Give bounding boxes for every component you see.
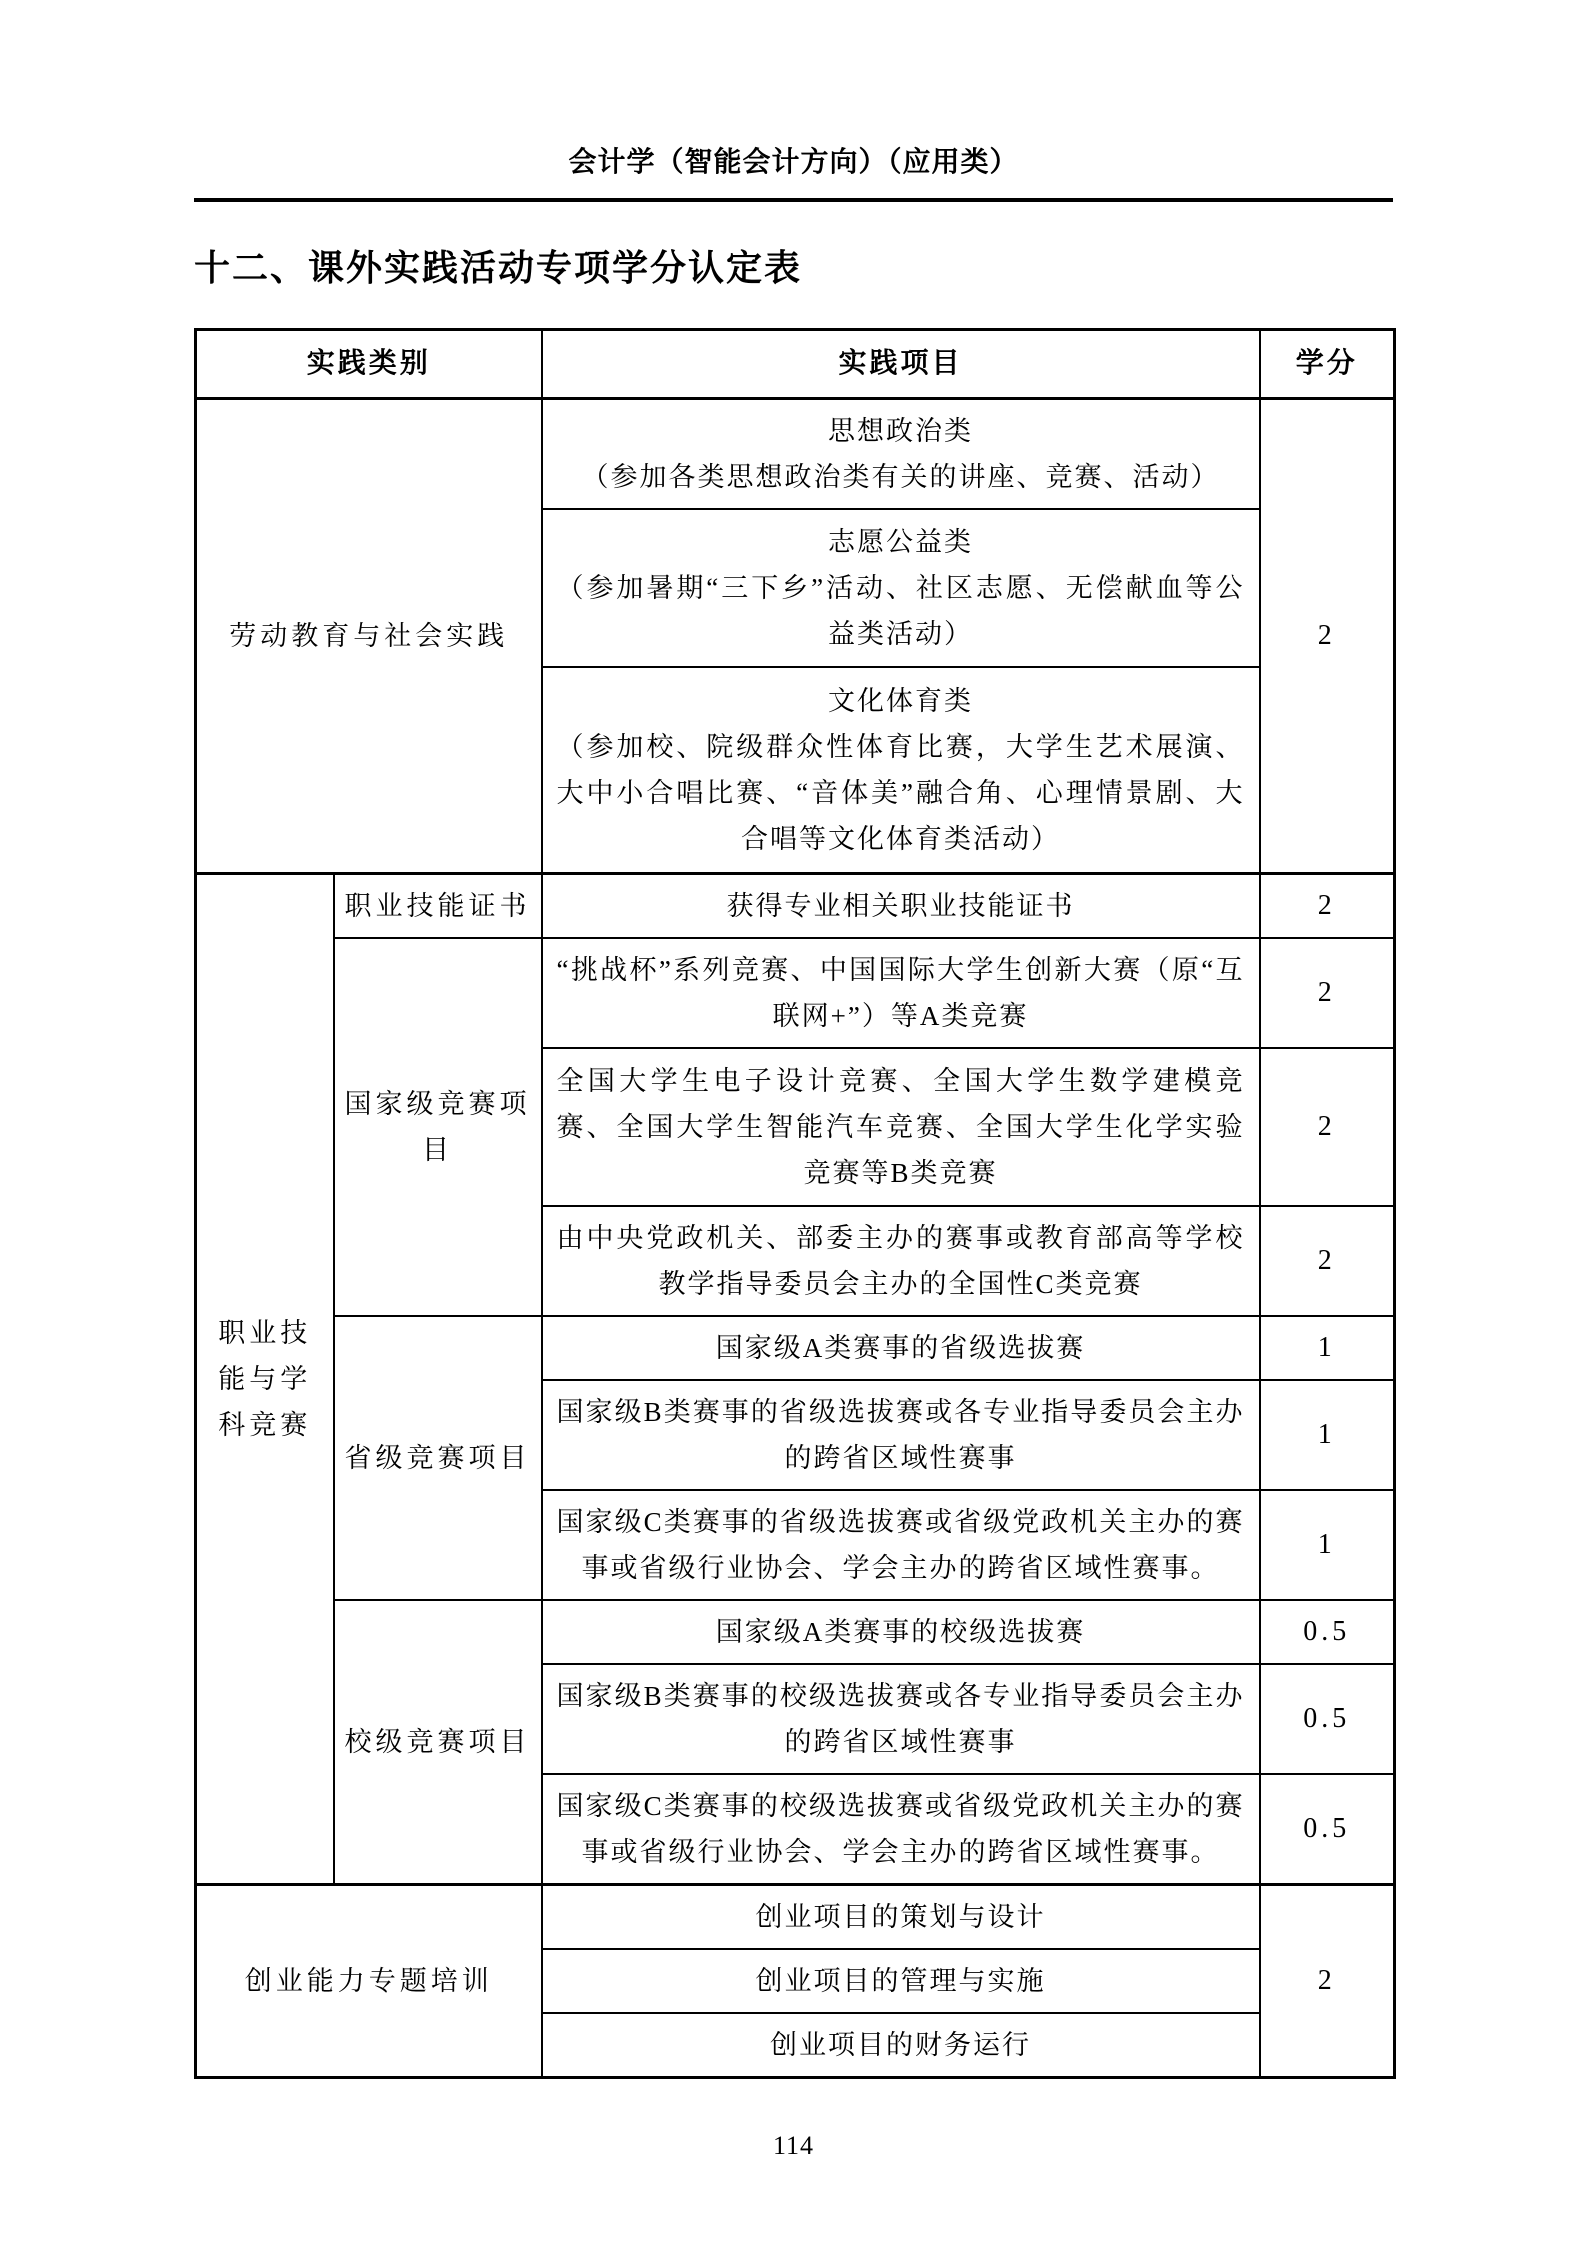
category-cell: 创业能力专题培训: [196, 1885, 542, 2078]
project-cell: 国家级C类赛事的校级选拔赛或省级党政机关主办的赛事或省级行业协会、学会主办的跨省…: [542, 1774, 1260, 1885]
project-cell: 国家级A类赛事的校级选拔赛: [542, 1600, 1260, 1664]
project-cell: “挑战杯”系列竞赛、中国国际大学生创新大赛（原“互联网+”）等A类竞赛: [542, 938, 1260, 1048]
document-header: 会计学（智能会计方向）（应用类）: [194, 146, 1393, 178]
project-title: 志愿公益类: [557, 519, 1245, 565]
page-title: 十二、课外实践活动专项学分认定表: [194, 246, 1393, 290]
table-row: 省级竞赛项目 国家级A类赛事的省级选拔赛 1: [196, 1316, 1395, 1380]
category-cell: 职业技能与学科竞赛: [196, 874, 334, 1885]
credit-table: 实践类别 实践项目 学分 劳动教育与社会实践 思想政治类 （参加各类思想政治类有…: [194, 328, 1396, 2079]
project-desc: （参加校、院级群众性体育比赛，大学生艺术展演、大中小合唱比赛、“音体美”融合角、…: [557, 724, 1245, 862]
credit-cell: 2: [1260, 1206, 1395, 1316]
project-title: 文化体育类: [557, 678, 1245, 724]
project-cell: 志愿公益类 （参加暑期“三下乡”活动、社区志愿、无偿献血等公益类活动）: [542, 509, 1260, 667]
header-credit: 学分: [1260, 330, 1395, 399]
credit-cell: 2: [1260, 1885, 1395, 2078]
category-cell: 劳动教育与社会实践: [196, 399, 542, 874]
header-category: 实践类别: [196, 330, 542, 399]
project-cell: 全国大学生电子设计竞赛、全国大学生数学建模竞赛、全国大学生智能汽车竞赛、全国大学…: [542, 1048, 1260, 1206]
project-cell: 创业项目的财务运行: [542, 2013, 1260, 2078]
table-row: 校级竞赛项目 国家级A类赛事的校级选拔赛 0.5: [196, 1600, 1395, 1664]
project-cell: 思想政治类 （参加各类思想政治类有关的讲座、竞赛、活动）: [542, 399, 1260, 510]
credit-cell: 1: [1260, 1380, 1395, 1490]
table-row: 国家级竞赛项目 “挑战杯”系列竞赛、中国国际大学生创新大赛（原“互联网+”）等A…: [196, 938, 1395, 1048]
table-header-row: 实践类别 实践项目 学分: [196, 330, 1395, 399]
project-cell: 国家级B类赛事的校级选拔赛或各专业指导委员会主办的跨省区域性赛事: [542, 1664, 1260, 1774]
credit-cell: 0.5: [1260, 1600, 1395, 1664]
project-cell: 国家级B类赛事的省级选拔赛或各专业指导委员会主办的跨省区域性赛事: [542, 1380, 1260, 1490]
project-desc: （参加各类思想政治类有关的讲座、竞赛、活动）: [557, 454, 1245, 500]
project-desc: （参加暑期“三下乡”活动、社区志愿、无偿献血等公益类活动）: [557, 565, 1245, 657]
header-rule: [194, 198, 1393, 202]
table-row: 职业技能与学科竞赛 职业技能证书 获得专业相关职业技能证书 2: [196, 874, 1395, 939]
project-title: 思想政治类: [557, 408, 1245, 454]
credit-cell: 2: [1260, 1048, 1395, 1206]
table-row: 劳动教育与社会实践 思想政治类 （参加各类思想政治类有关的讲座、竞赛、活动） 2: [196, 399, 1395, 510]
project-cell: 由中央党政机关、部委主办的赛事或教育部高等学校教学指导委员会主办的全国性C类竞赛: [542, 1206, 1260, 1316]
subcategory-cell: 职业技能证书: [334, 874, 542, 939]
subcategory-cell: 校级竞赛项目: [334, 1600, 542, 1885]
credit-cell: 1: [1260, 1316, 1395, 1380]
credit-cell: 1: [1260, 1490, 1395, 1600]
project-cell: 国家级A类赛事的省级选拔赛: [542, 1316, 1260, 1380]
project-cell: 国家级C类赛事的省级选拔赛或省级党政机关主办的赛事或省级行业协会、学会主办的跨省…: [542, 1490, 1260, 1600]
project-cell: 创业项目的管理与实施: [542, 1949, 1260, 2013]
credit-cell: 2: [1260, 874, 1395, 939]
credit-cell: 0.5: [1260, 1774, 1395, 1885]
credit-cell: 2: [1260, 399, 1395, 874]
header-project: 实践项目: [542, 330, 1260, 399]
credit-cell: 0.5: [1260, 1664, 1395, 1774]
subcategory-cell: 省级竞赛项目: [334, 1316, 542, 1600]
credit-cell: 2: [1260, 938, 1395, 1048]
page-number: 114: [194, 2131, 1393, 2161]
project-cell: 文化体育类 （参加校、院级群众性体育比赛，大学生艺术展演、大中小合唱比赛、“音体…: [542, 667, 1260, 874]
subcategory-cell: 国家级竞赛项目: [334, 938, 542, 1316]
page-content: 会计学（智能会计方向）（应用类） 十二、课外实践活动专项学分认定表 实践类别 实…: [194, 146, 1393, 2161]
table-row: 创业能力专题培训 创业项目的策划与设计 2: [196, 1885, 1395, 1950]
project-cell: 获得专业相关职业技能证书: [542, 874, 1260, 939]
project-cell: 创业项目的策划与设计: [542, 1885, 1260, 1950]
